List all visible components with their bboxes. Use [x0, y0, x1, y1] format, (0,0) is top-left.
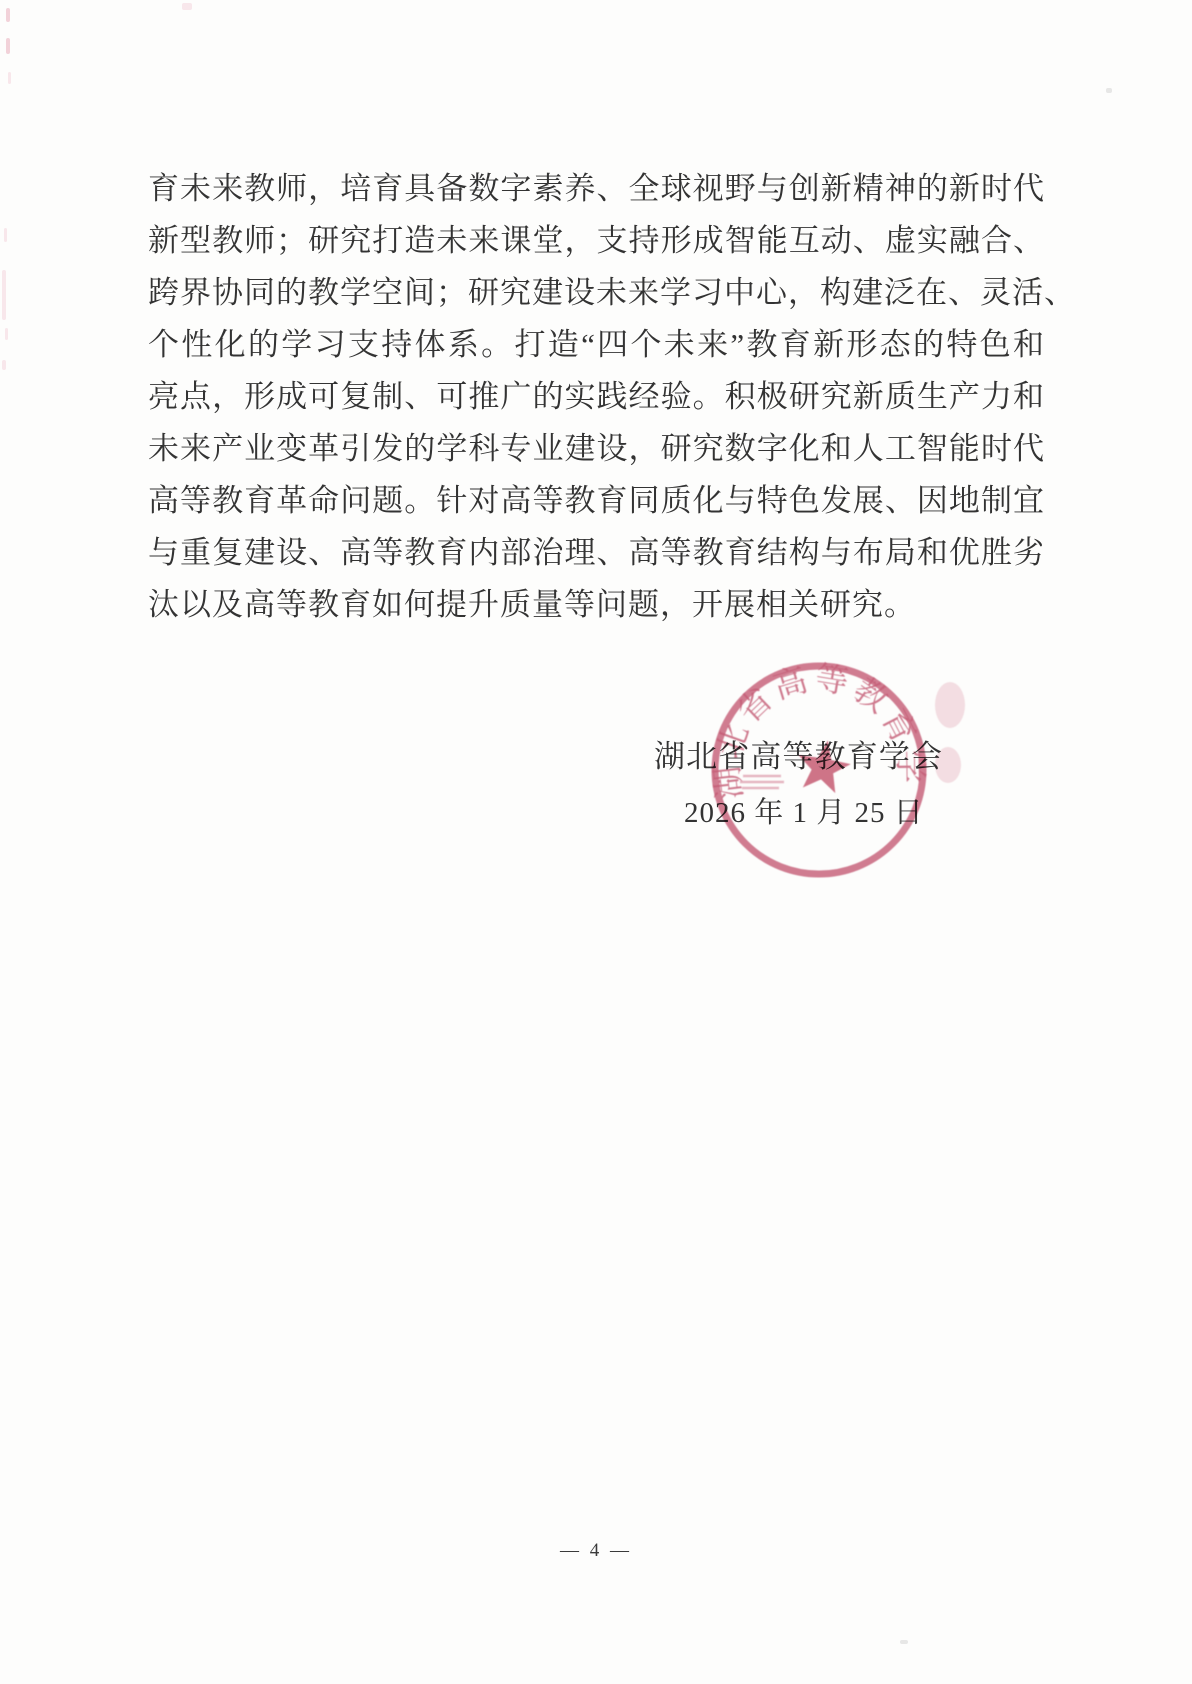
body-line: 亮点，形成可复制、可推广的实践经验。积极研究新质生产力和: [148, 371, 1045, 423]
scan-artifact: [900, 1640, 908, 1644]
body-line: 与重复建设、高等教育内部治理、高等教育结构与布局和优胜劣: [148, 527, 1045, 579]
scan-artifact: [6, 38, 10, 54]
scan-artifact: [182, 3, 192, 10]
seal-smudge: [740, 776, 784, 788]
body-line: 汰以及高等教育如何提升质量等问题，开展相关研究。: [148, 579, 1045, 631]
scan-artifact: [2, 360, 6, 370]
body-line: 未来产业变革引发的学科专业建设，研究数字化和人工智能时代: [148, 423, 1045, 475]
scan-artifact: [6, 8, 10, 22]
body-line: 育未来教师，培育具备数字素养、全球视野与创新精神的新时代: [148, 163, 1045, 215]
scan-artifact: [4, 228, 7, 242]
scan-artifact: [8, 72, 11, 84]
scan-artifact: [5, 328, 8, 340]
signature-organization: 湖北省高等教育学会: [654, 738, 942, 776]
body-paragraph: 育未来教师，培育具备数字素养、全球视野与创新精神的新时代 新型教师；研究打造未来…: [148, 163, 1045, 631]
body-line: 新型教师；研究打造未来课堂，支持形成智能互动、虚实融合、: [148, 215, 1045, 267]
body-line: 高等教育革命问题。针对高等教育同质化与特色发展、因地制宜: [148, 475, 1045, 527]
scan-artifact: [1106, 88, 1112, 93]
signature-date: 2026 年 1 月 25 日: [684, 796, 924, 830]
document-page: 育未来教师，培育具备数字素养、全球视野与创新精神的新时代 新型教师；研究打造未来…: [0, 0, 1192, 1684]
body-line: 跨界协同的教学空间；研究建设未来学习中心，构建泛在、灵活、: [148, 267, 1045, 319]
scan-artifact: [2, 270, 6, 320]
page-number: — 4 —: [0, 1540, 1192, 1562]
body-line: 个性化的学习支持体系。打造“四个未来”教育新形态的特色和: [148, 319, 1045, 371]
